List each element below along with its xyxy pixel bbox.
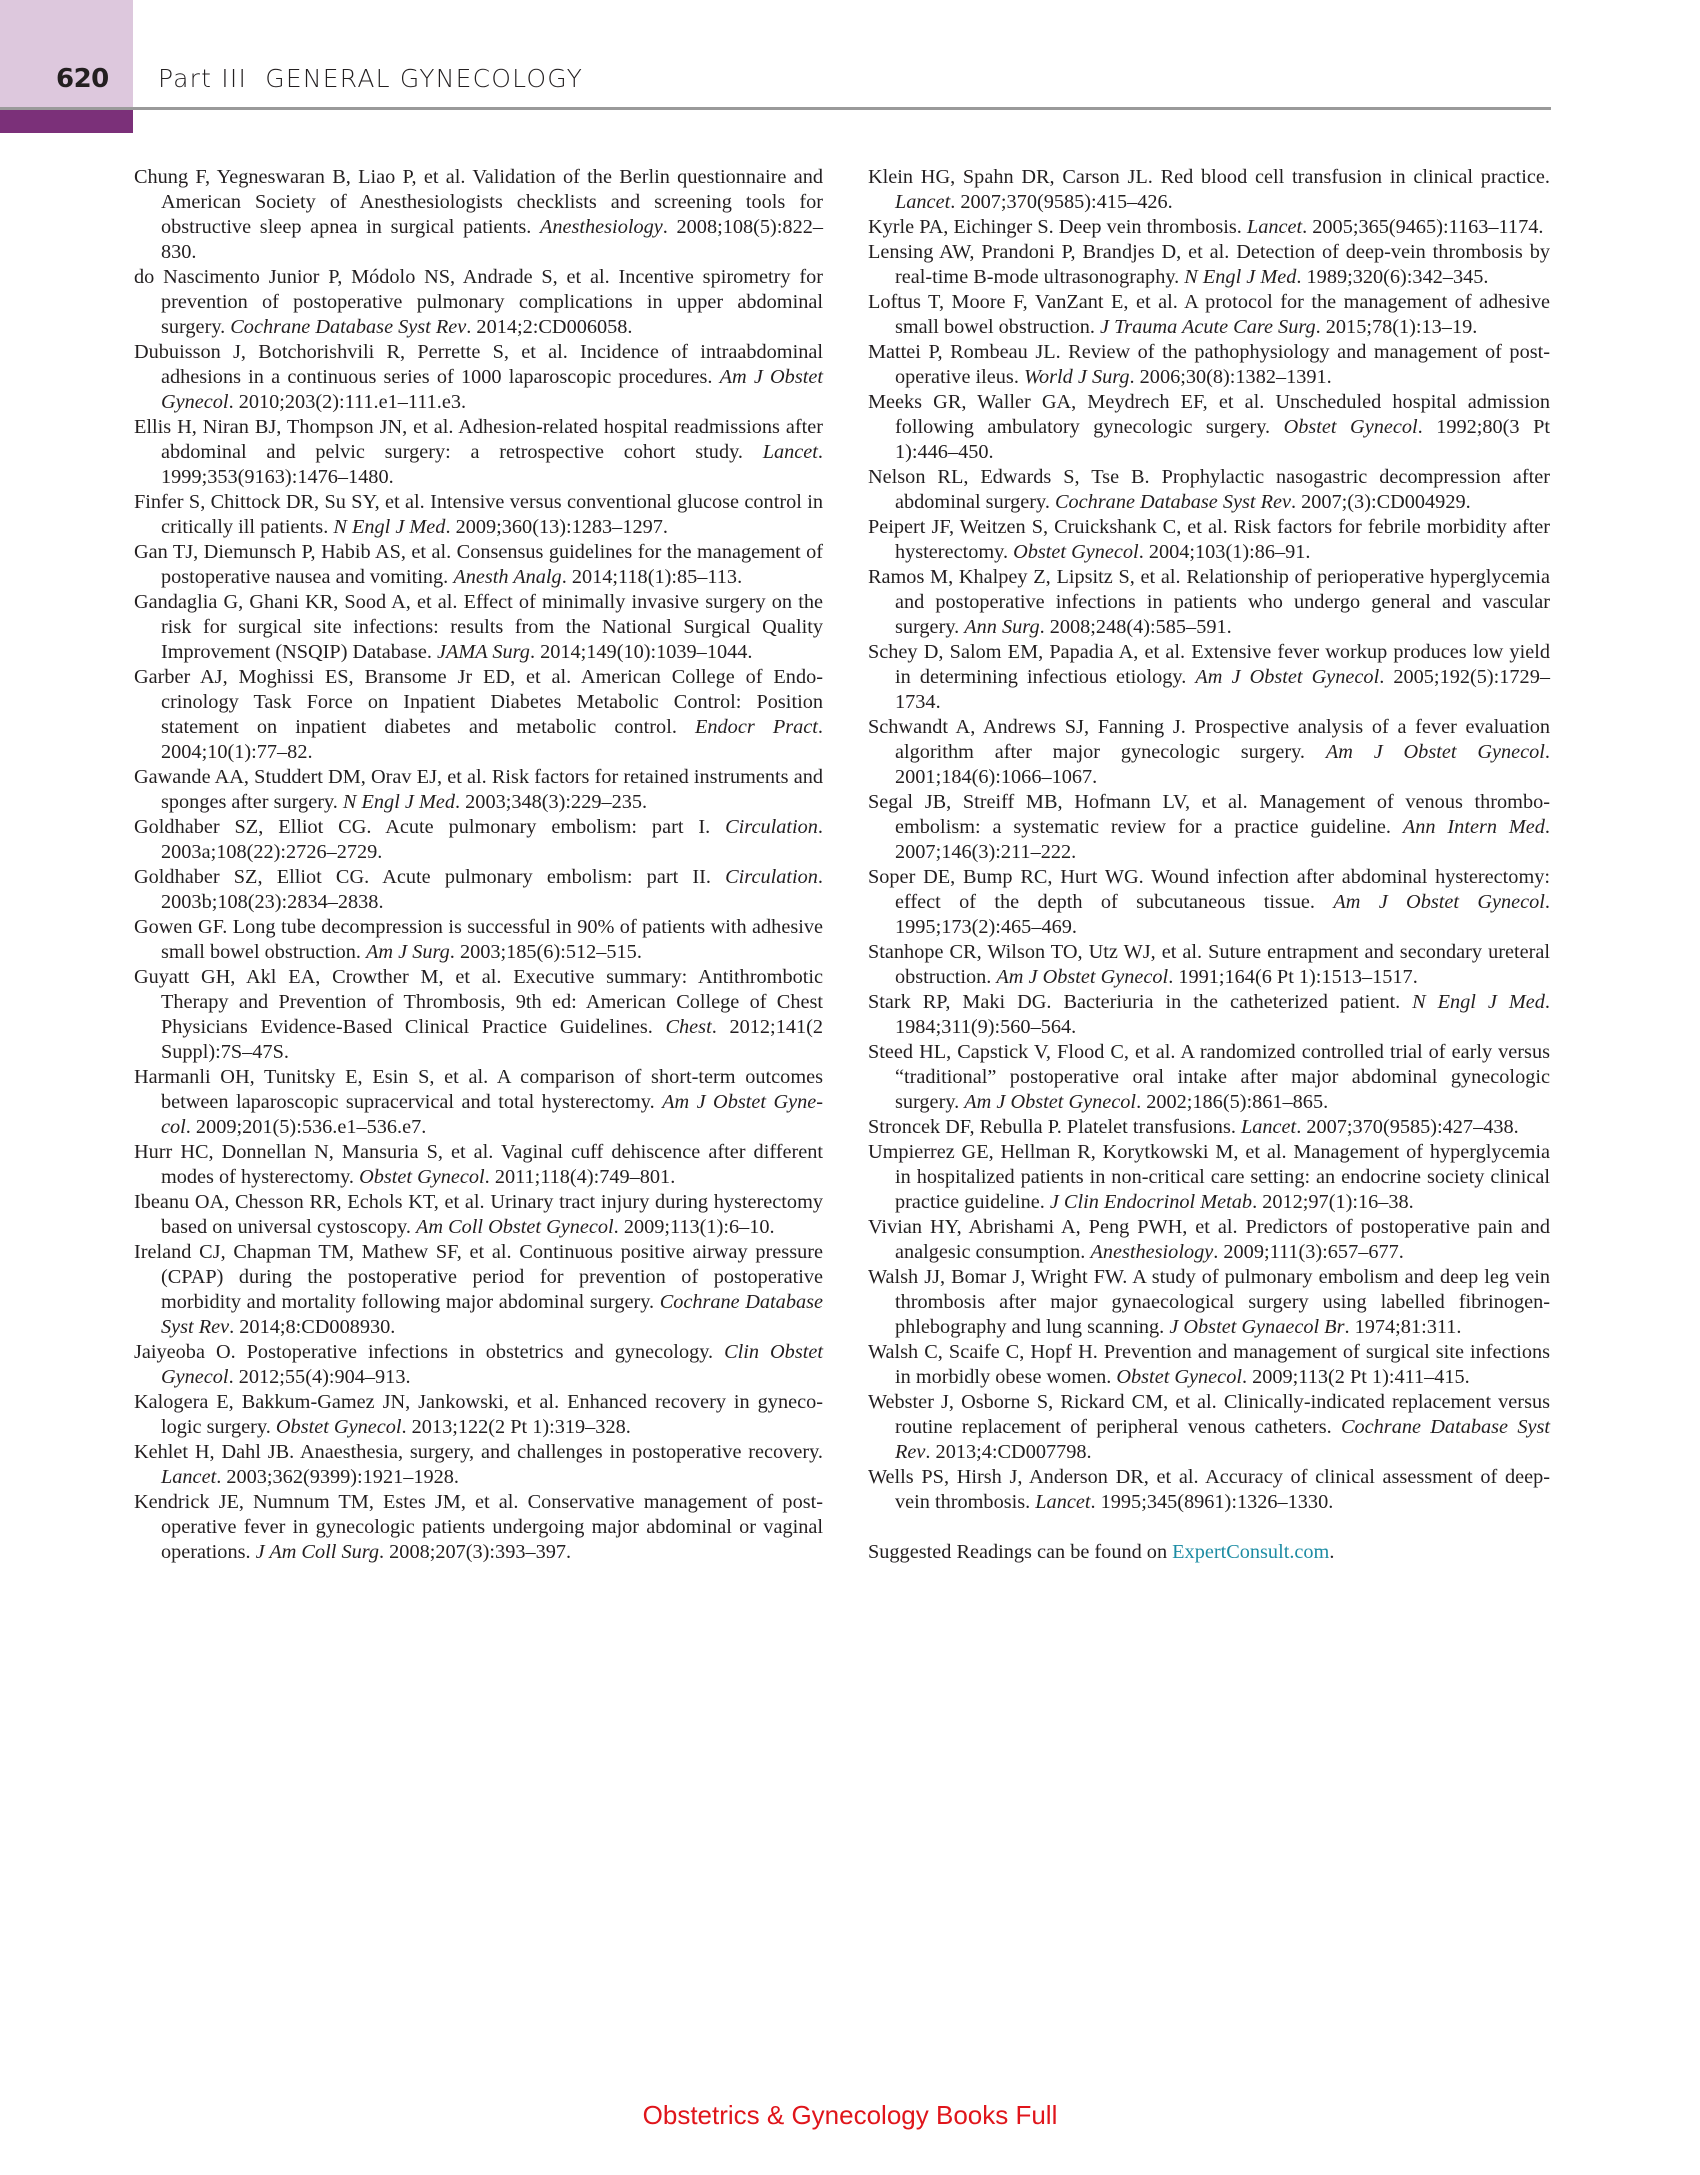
reference-citation: . 2006;30(8):1382–1391. [1130, 366, 1332, 388]
reference-journal: Cochrane Database Syst Rev [230, 316, 466, 338]
reference-citation: . 2002;186(5):861–865. [1136, 1091, 1328, 1113]
reference-entry: Soper DE, Bump RC, Hurt WG. Wound infect… [868, 865, 1550, 940]
reference-citation: . 2011;118(4):749–801. [485, 1166, 676, 1188]
reference-journal: Lancet [763, 441, 818, 463]
reference-journal: Ann Surg [964, 616, 1039, 638]
reference-entry: Webster J, Osborne S, Rickard CM, et al.… [868, 1390, 1550, 1465]
reference-entry: Ellis H, Niran BJ, Thompson JN, et al. A… [134, 415, 823, 490]
reference-journal: Chest [666, 1016, 712, 1038]
reference-citation: . 2007;(3):CD004929. [1291, 491, 1471, 513]
reference-entry: Gandaglia G, Ghani KR, Sood A, et al. Ef… [134, 590, 823, 665]
reference-citation: . 2003;362(9399):1921–1928. [216, 1466, 459, 1488]
reference-journal: JAMA Surg [437, 641, 530, 663]
reference-entry: Schwandt A, Andrews SJ, Fanning J. Prosp… [868, 715, 1550, 790]
suggested-readings-period: . [1329, 1541, 1334, 1563]
reference-entry: Stark RP, Maki DG. Bacteriuria in the ca… [868, 990, 1550, 1040]
reference-entry: Ibeanu OA, Chesson RR, Echols KT, et al.… [134, 1190, 823, 1240]
reference-citation: . 2007;370(9585):415–426. [950, 191, 1173, 213]
reference-entry: Ramos M, Khalpey Z, Lipsitz S, et al. Re… [868, 565, 1550, 640]
reference-entry: Vivian HY, Abrishami A, Peng PWH, et al.… [868, 1215, 1550, 1265]
reference-journal: Lancet [1035, 1491, 1090, 1513]
reference-entry: Garber AJ, Moghissi ES, Bransome Jr ED, … [134, 665, 823, 765]
reference-journal: Obstet Gynecol [359, 1166, 485, 1188]
reference-authors-title: Klein HG, Spahn DR, Carson JL. Red blood… [868, 166, 1550, 188]
reference-journal: Lancet [1247, 216, 1302, 238]
reference-journal: Am J Obstet Gynecol [996, 966, 1168, 988]
reference-journal: Am J Surg [366, 941, 450, 963]
reference-citation: . 1991;164(6 Pt 1):1513–1517. [1168, 966, 1418, 988]
reference-entry: Kendrick JE, Numnum TM, Estes JM, et al.… [134, 1490, 823, 1565]
reference-journal: Obstet Gynecol [1284, 416, 1418, 438]
reference-entry: Lensing AW, Prandoni P, Brandjes D, et a… [868, 240, 1550, 290]
page-number: 620 [56, 64, 109, 94]
reference-authors-title: Ellis H, Niran BJ, Thompson JN, et al. A… [134, 416, 823, 463]
reference-journal: J Am Coll Surg [256, 1541, 379, 1563]
watermark-text: Obstetrics & Gynecology Books Full [0, 2100, 1700, 2131]
reference-entry: Stroncek DF, Rebulla P. Platelet transfu… [868, 1115, 1550, 1140]
running-header-title: Part III GENERAL GYNECOLOGY [158, 64, 583, 93]
reference-journal: N Engl J Med [333, 516, 445, 538]
reference-entry: Walsh JJ, Bomar J, Wright FW. A study of… [868, 1265, 1550, 1340]
reference-entry: Harmanli OH, Tunitsky E, Esin S, et al. … [134, 1065, 823, 1140]
reference-journal: Ann Intern Med [1403, 816, 1545, 838]
reference-citation: . 1974;81:311. [1344, 1316, 1461, 1338]
suggested-readings-note: Suggested Readings can be found on Exper… [868, 1540, 1550, 1565]
reference-entry: Klein HG, Spahn DR, Carson JL. Red blood… [868, 165, 1550, 215]
reference-entry: Hurr HC, Donnellan N, Mansuria S, et al.… [134, 1140, 823, 1190]
header-accent-bar [0, 110, 133, 133]
reference-citation: . 2009;113(2 Pt 1):411–415. [1242, 1366, 1470, 1388]
reference-entry: do Nascimento Junior P, Módolo NS, Andra… [134, 265, 823, 340]
reference-citation: . 2003;348(3):229–235. [455, 791, 647, 813]
reference-citation: . 2013;4:CD007798. [925, 1441, 1091, 1463]
reference-journal: Obstet Gynecol [276, 1416, 402, 1438]
reference-citation: . 2012;97(1):16–38. [1252, 1191, 1414, 1213]
reference-journal: J Clin Endocrinol Metab [1050, 1191, 1252, 1213]
reference-journal: J Trauma Acute Care Surg [1100, 316, 1316, 338]
reference-journal: N Engl J Med [1412, 991, 1545, 1013]
reference-entry: Schey D, Salom EM, Papadia A, et al. Ext… [868, 640, 1550, 715]
reference-entry: Jaiyeoba O. Postoperative infections in … [134, 1340, 823, 1390]
reference-entry: Nelson RL, Edwards S, Tse B. Prophylacti… [868, 465, 1550, 515]
reference-citation: . 2005;365(9465):1163–1174. [1302, 216, 1543, 238]
reference-citation: . 2009;201(5):536.e1–536.e7. [186, 1116, 427, 1138]
reference-entry: Finfer S, Chittock DR, Su SY, et al. Int… [134, 490, 823, 540]
reference-authors-title: Goldhaber SZ, Elliot CG. Acute pulmonary… [134, 866, 725, 888]
reference-citation: . 2009;360(13):1283–1297. [445, 516, 668, 538]
reference-journal: World J Surg [1024, 366, 1130, 388]
reference-authors-title: Kehlet H, Dahl JB. Anaesthesia, surgery,… [134, 1441, 823, 1463]
reference-journal: Lancet [161, 1466, 216, 1488]
reference-journal: Am J Obstet Gynecol [1326, 741, 1545, 763]
reference-journal: Obstet Gynecol [1116, 1366, 1242, 1388]
reference-journal: Anesthesiology [1090, 1241, 1213, 1263]
reference-citation: . 2014;2:CD006058. [466, 316, 632, 338]
reference-citation: . 2008;207(3):393–397. [379, 1541, 571, 1563]
reference-journal: Lancet [1241, 1116, 1296, 1138]
reference-citation: . 2009;113(1):6–10. [614, 1216, 775, 1238]
reference-journal: Circulation [725, 866, 818, 888]
reference-authors-title: Kyrle PA, Eichinger S. Deep vein thrombo… [868, 216, 1247, 238]
reference-journal: Anesthesiology [540, 216, 663, 238]
reference-citation: . 1989;320(6):342–345. [1296, 266, 1488, 288]
reference-citation: . 2014;149(10):1039–1044. [530, 641, 753, 663]
reference-entry: Meeks GR, Waller GA, Meydrech EF, et al.… [868, 390, 1550, 465]
reference-journal: Am Coll Obstet Gynecol [416, 1216, 614, 1238]
reference-entry: Goldhaber SZ, Elliot CG. Acute pulmonary… [134, 815, 823, 865]
reference-authors-title: Stroncek DF, Rebulla P. Platelet transfu… [868, 1116, 1241, 1138]
reference-citation: . 2012;55(4):904–913. [229, 1366, 411, 1388]
reference-entry: Gowen GF. Long tube decompression is suc… [134, 915, 823, 965]
reference-citation: . 2007;370(9585):427–438. [1296, 1116, 1519, 1138]
reference-citation: . 2009;111(3):657–677. [1213, 1241, 1404, 1263]
expertconsult-link[interactable]: ExpertConsult.com [1172, 1541, 1329, 1563]
reference-citation: . 2014;118(1):85–113. [562, 566, 742, 588]
reference-citation: . 2003;185(6):512–515. [450, 941, 642, 963]
reference-entry: Goldhaber SZ, Elliot CG. Acute pulmonary… [134, 865, 823, 915]
reference-entry: Peipert JF, Weitzen S, Cruickshank C, et… [868, 515, 1550, 565]
reference-citation: . 2013;122(2 Pt 1):319–328. [402, 1416, 631, 1438]
reference-entry: Guyatt GH, Akl EA, Crowther M, et al. Ex… [134, 965, 823, 1065]
reference-entry: Segal JB, Streiff MB, Hofmann LV, et al.… [868, 790, 1550, 865]
reference-entry: Walsh C, Scaife C, Hopf H. Prevention an… [868, 1340, 1550, 1390]
reference-journal: Am J Obstet Gynecol [964, 1091, 1136, 1113]
reference-entry: Stanhope CR, Wilson TO, Utz WJ, et al. S… [868, 940, 1550, 990]
reference-authors-title: Goldhaber SZ, Elliot CG. Acute pulmonary… [134, 816, 725, 838]
reference-entry: Gan TJ, Diemunsch P, Habib AS, et al. Co… [134, 540, 823, 590]
reference-authors-title: Jaiyeoba O. Postoperative infections in … [134, 1341, 724, 1363]
reference-journal: Am J Obstet Gynecol [1333, 891, 1545, 913]
reference-journal: Endocr Pract [695, 716, 818, 738]
reference-citation: . 2004;103(1):86–91. [1139, 541, 1311, 563]
reference-citation: . 2008;248(4):585–591. [1040, 616, 1232, 638]
reference-citation: . 2010;203(2):111.e1–111.e3. [229, 391, 467, 413]
reference-journal: Cochrane Database Syst Rev [1055, 491, 1291, 513]
reference-entry: Kyrle PA, Eichinger S. Deep vein thrombo… [868, 215, 1550, 240]
reference-journal: Am J Obstet Gynecol [1195, 666, 1379, 688]
reference-entry: Dubuisson J, Botchorishvili R, Perrette … [134, 340, 823, 415]
reference-citation: . 1995;345(8961):1326–1330. [1090, 1491, 1333, 1513]
reference-entry: Mattei P, Rombeau JL. Review of the path… [868, 340, 1550, 390]
reference-journal: Lancet [895, 191, 950, 213]
reference-entry: Kehlet H, Dahl JB. Anaesthesia, surgery,… [134, 1440, 823, 1490]
reference-entry: Umpierrez GE, Hellman R, Korytkowski M, … [868, 1140, 1550, 1215]
references-column-left: Chung F, Yegneswaran B, Liao P, et al. V… [134, 165, 823, 1565]
reference-journal: N Engl J Med [1184, 266, 1296, 288]
reference-entry: Wells PS, Hirsh J, Anderson DR, et al. A… [868, 1465, 1550, 1515]
reference-journal: N Engl J Med [343, 791, 455, 813]
reference-journal: Obstet Gynecol [1013, 541, 1139, 563]
reference-journal: Circulation [725, 816, 818, 838]
references-column-right: Klein HG, Spahn DR, Carson JL. Red blood… [868, 165, 1550, 1565]
reference-journal: Anesth Analg [453, 566, 561, 588]
suggested-readings-text: Suggested Readings can be found on [868, 1541, 1172, 1563]
reference-entry: Gawande AA, Studdert DM, Orav EJ, et al.… [134, 765, 823, 815]
reference-journal: J Obstet Gynaecol Br [1169, 1316, 1344, 1338]
reference-entry: Steed HL, Capstick V, Flood C, et al. A … [868, 1040, 1550, 1115]
reference-citation: . 2015;78(1):13–19. [1316, 316, 1478, 338]
reference-entry: Loftus T, Moore F, VanZant E, et al. A p… [868, 290, 1550, 340]
reference-citation: . 2014;8:CD008930. [229, 1316, 395, 1338]
header-rule [0, 107, 1551, 110]
reference-entry: Ireland CJ, Chapman TM, Mathew SF, et al… [134, 1240, 823, 1340]
reference-entry: Kalogera E, Bakkum-Gamez JN, Jankowski, … [134, 1390, 823, 1440]
reference-entry: Chung F, Yegneswaran B, Liao P, et al. V… [134, 165, 823, 265]
reference-authors-title: Stark RP, Maki DG. Bacteriuria in the ca… [868, 991, 1412, 1013]
